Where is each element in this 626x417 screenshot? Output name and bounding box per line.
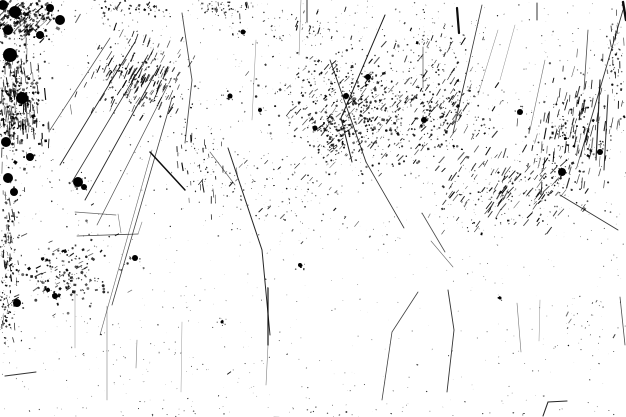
grunge-texture-image	[0, 0, 626, 417]
texture-svg	[0, 0, 626, 417]
